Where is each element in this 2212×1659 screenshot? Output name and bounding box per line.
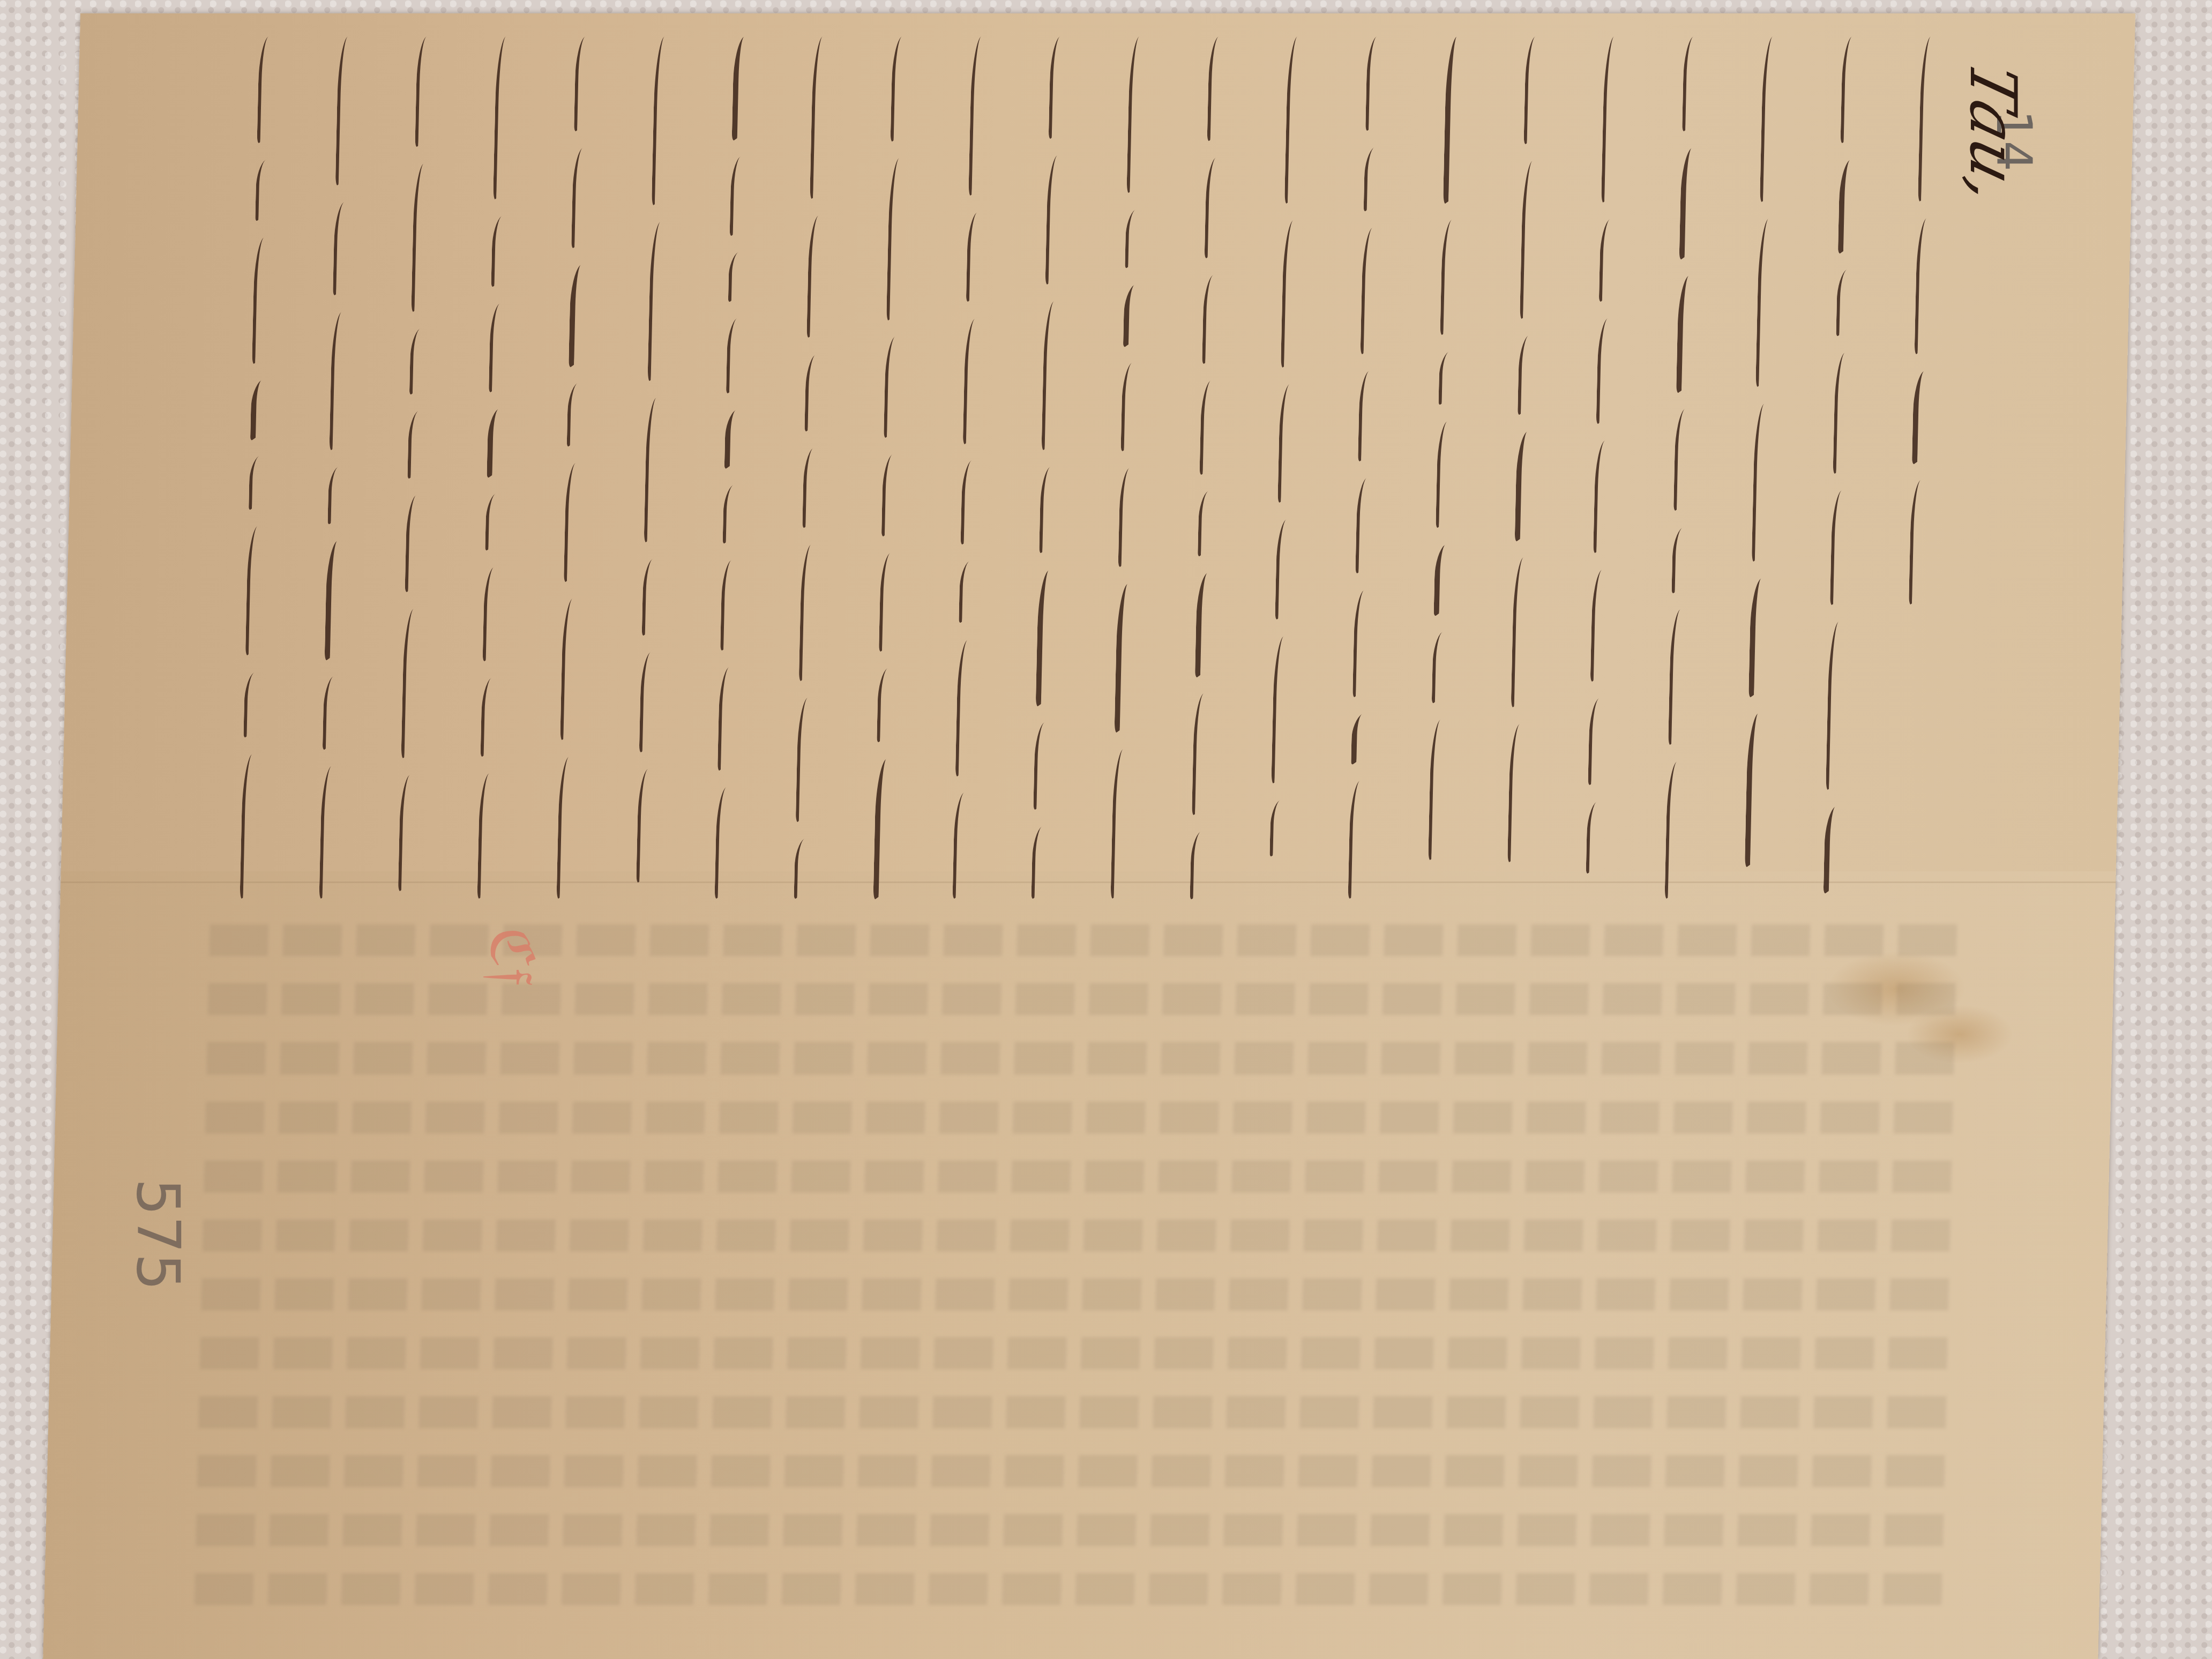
handwritten-word [408, 401, 432, 480]
handwritten-word [1596, 309, 1621, 425]
handwritten-word [333, 192, 357, 297]
handwritten-word [556, 747, 582, 900]
handwritten-word [1518, 326, 1542, 416]
handwritten-word [255, 150, 279, 222]
handwritten-word [718, 657, 743, 772]
handwritten-word [647, 212, 674, 382]
handwritten-word [959, 552, 983, 625]
handwritten-word [799, 535, 825, 683]
handwritten-word [249, 446, 273, 511]
handwritten-word [1033, 713, 1058, 811]
handwritten-word [1588, 689, 1613, 786]
bleed-through-line [1369, 924, 1444, 1621]
handwritten-word [732, 26, 759, 142]
handwritten-word [1823, 796, 1850, 895]
bleed-through-line [488, 924, 563, 1621]
handwritten-word [1673, 399, 1699, 512]
handwritten-word [1118, 458, 1143, 569]
handwritten-word [810, 27, 836, 200]
handwritten-word [319, 757, 345, 900]
handwritten-word [1358, 361, 1382, 463]
handwritten-word [1840, 27, 1865, 144]
manuscript-page [43, 13, 2135, 1659]
handwritten-word [1665, 752, 1691, 900]
handwritten-word [1275, 510, 1301, 621]
handwritten-word [1909, 470, 1934, 606]
handwritten-word [1278, 375, 1303, 504]
handwritten-word [881, 445, 906, 538]
handwritten-word [952, 783, 977, 900]
handwritten-word [491, 206, 515, 288]
handwritten-word [1438, 342, 1462, 406]
handwritten-word [1507, 714, 1533, 863]
bleed-through-line [1589, 924, 1664, 1621]
handwritten-word [1668, 600, 1694, 746]
handwritten-word [886, 148, 913, 322]
handwritten-word [1190, 822, 1214, 900]
handwritten-word [1520, 151, 1546, 320]
handwritten-word [257, 27, 282, 144]
handwritten-word [1281, 211, 1307, 369]
handwritten-text-block [211, 35, 1971, 892]
handwritten-word [415, 27, 440, 148]
archive-number: 575 [124, 1178, 192, 1291]
handwritten-word [877, 659, 901, 744]
handwritten-word [1192, 684, 1217, 816]
handwritten-word [1837, 150, 1864, 255]
handwritten-word [1198, 482, 1222, 558]
handwritten-word [1511, 548, 1537, 708]
handwritten-word [1126, 27, 1153, 195]
handwritten-word [481, 668, 505, 758]
handwritten-word [1601, 27, 1627, 204]
handwritten-word [724, 400, 751, 470]
handwritten-word [485, 484, 509, 551]
handwritten-word [252, 228, 278, 365]
handwritten-word [639, 642, 664, 753]
handwritten-word [636, 759, 661, 884]
bleed-through-line [1222, 924, 1297, 1621]
bleed-through-line [1295, 924, 1370, 1621]
handwritten-word [240, 744, 266, 900]
handwritten-word [1748, 568, 1776, 699]
handwritten-word [723, 475, 747, 545]
handwritten-word [1036, 559, 1064, 708]
bleed-through-line [1736, 924, 1811, 1621]
handwritten-word [412, 154, 438, 313]
bleed-through-line [1809, 924, 1884, 1621]
handwritten-word [1348, 771, 1373, 900]
handwritten-word [571, 138, 596, 249]
handwritten-word [493, 27, 519, 200]
handwritten-word [250, 370, 276, 442]
handwritten-word [1590, 560, 1616, 683]
bleed-through-line [1662, 924, 1737, 1621]
handwritten-word [1428, 710, 1454, 861]
handwritten-word [806, 206, 832, 340]
handwritten-word [560, 589, 586, 742]
handwritten-word [1125, 200, 1149, 270]
handwritten-word [1752, 394, 1778, 563]
handwritten-word [489, 294, 513, 393]
handwritten-word [1755, 209, 1782, 388]
handwritten-word [1120, 354, 1145, 453]
red-crayon-mark: ℭ𝔣 [477, 927, 547, 986]
handwritten-word [1202, 265, 1227, 365]
handwritten-word [1364, 138, 1388, 212]
handwritten-word [966, 203, 990, 304]
handwritten-word [1361, 218, 1386, 356]
handwritten-word [1272, 626, 1298, 784]
handwritten-word [1826, 612, 1852, 791]
handwritten-word [398, 765, 423, 892]
handwritten-word [322, 667, 347, 751]
closing-word: Tau, [1955, 55, 2030, 213]
handwritten-word [329, 302, 355, 451]
handwritten-word [1207, 27, 1232, 142]
handwritten-word [1599, 210, 1624, 303]
handwritten-word [574, 27, 599, 133]
handwritten-word [564, 453, 589, 583]
handwritten-word [1760, 27, 1786, 203]
bleed-through-line [634, 924, 709, 1621]
handwritten-word [1514, 421, 1542, 543]
bleed-through-line [1075, 924, 1150, 1621]
handwritten-word [794, 829, 818, 900]
handwritten-word [1270, 790, 1294, 857]
handwritten-word [726, 309, 751, 395]
handwritten-word [962, 309, 988, 445]
handwritten-word [1123, 274, 1149, 348]
handwritten-word [1433, 534, 1460, 617]
handwritten-word [1443, 26, 1472, 205]
handwritten-word [1915, 208, 1940, 355]
handwritten-word [651, 27, 678, 206]
handwritten-word [1436, 412, 1461, 529]
bleed-through-line [561, 924, 636, 1621]
handwritten-word [1836, 260, 1860, 337]
handwritten-word [243, 663, 267, 739]
bleed-through-line [1882, 924, 1957, 1621]
handwritten-word [1745, 703, 1773, 869]
handwritten-word [730, 147, 754, 237]
bleed-through-line [1002, 924, 1077, 1621]
handwritten-word [1676, 265, 1703, 394]
handwritten-word [804, 345, 829, 433]
handwritten-word [1039, 458, 1064, 555]
handwritten-word [1199, 371, 1224, 476]
handwritten-word [1593, 431, 1618, 554]
bleed-through-line [1442, 924, 1517, 1621]
handwritten-word [884, 327, 909, 439]
handwritten-word [1032, 817, 1056, 900]
handwritten-word [1912, 361, 1939, 466]
handwritten-word [1432, 622, 1456, 704]
handwritten-word [1045, 146, 1071, 287]
handwritten-word [890, 27, 915, 143]
bleed-through-line [1148, 924, 1223, 1621]
handwritten-word [483, 557, 507, 663]
bleed-through-line [341, 924, 416, 1621]
bleed-through-text [194, 924, 1978, 1621]
handwritten-word [1682, 27, 1707, 133]
handwritten-word [641, 549, 666, 637]
handwritten-word [960, 451, 985, 546]
handwritten-word [1352, 580, 1378, 699]
handwritten-word [1829, 481, 1855, 606]
handwritten-word [1042, 292, 1068, 452]
bleed-through-line [267, 924, 342, 1621]
bleed-through-line [855, 924, 930, 1621]
handwritten-word [327, 457, 352, 525]
handwritten-word [567, 373, 591, 448]
bleed-through-line [414, 924, 489, 1621]
handwritten-word [1355, 468, 1380, 574]
bleed-through-line [1515, 924, 1590, 1621]
handwritten-word [405, 485, 430, 593]
handwritten-word [1049, 27, 1074, 140]
handwritten-word [955, 630, 981, 778]
handwritten-word [873, 749, 901, 901]
handwritten-word [1440, 210, 1465, 336]
handwritten-word [644, 388, 670, 543]
handwritten-word [968, 27, 995, 197]
handwritten-word [715, 778, 740, 900]
bleed-through-line [928, 924, 1003, 1621]
handwritten-word [409, 319, 434, 395]
handwritten-word [569, 255, 596, 369]
handwritten-word [720, 550, 745, 652]
handwritten-word [879, 544, 904, 653]
handwritten-word [401, 599, 428, 759]
handwritten-word [1110, 739, 1137, 900]
bleed-through-line [781, 924, 856, 1621]
handwritten-word [477, 764, 503, 900]
handwritten-word [796, 688, 821, 823]
handwritten-word [1833, 343, 1858, 475]
handwritten-word [802, 438, 827, 529]
handwritten-word [1679, 138, 1707, 261]
handwritten-word [728, 242, 752, 303]
handwritten-word [1671, 518, 1695, 594]
handwritten-word [1918, 27, 1944, 203]
handwritten-word [1351, 704, 1377, 766]
handwritten-word [1195, 563, 1222, 679]
handwritten-word [1586, 792, 1611, 875]
bleed-through-line [708, 924, 783, 1621]
handwritten-word [1365, 27, 1390, 132]
handwritten-word [324, 530, 352, 662]
handwritten-word [1284, 27, 1311, 205]
handwritten-word [335, 27, 361, 186]
handwritten-word [487, 398, 513, 479]
handwritten-word [245, 517, 271, 657]
handwritten-word [1114, 573, 1142, 735]
handwritten-word [1204, 148, 1229, 259]
handwritten-word [1523, 27, 1549, 145]
